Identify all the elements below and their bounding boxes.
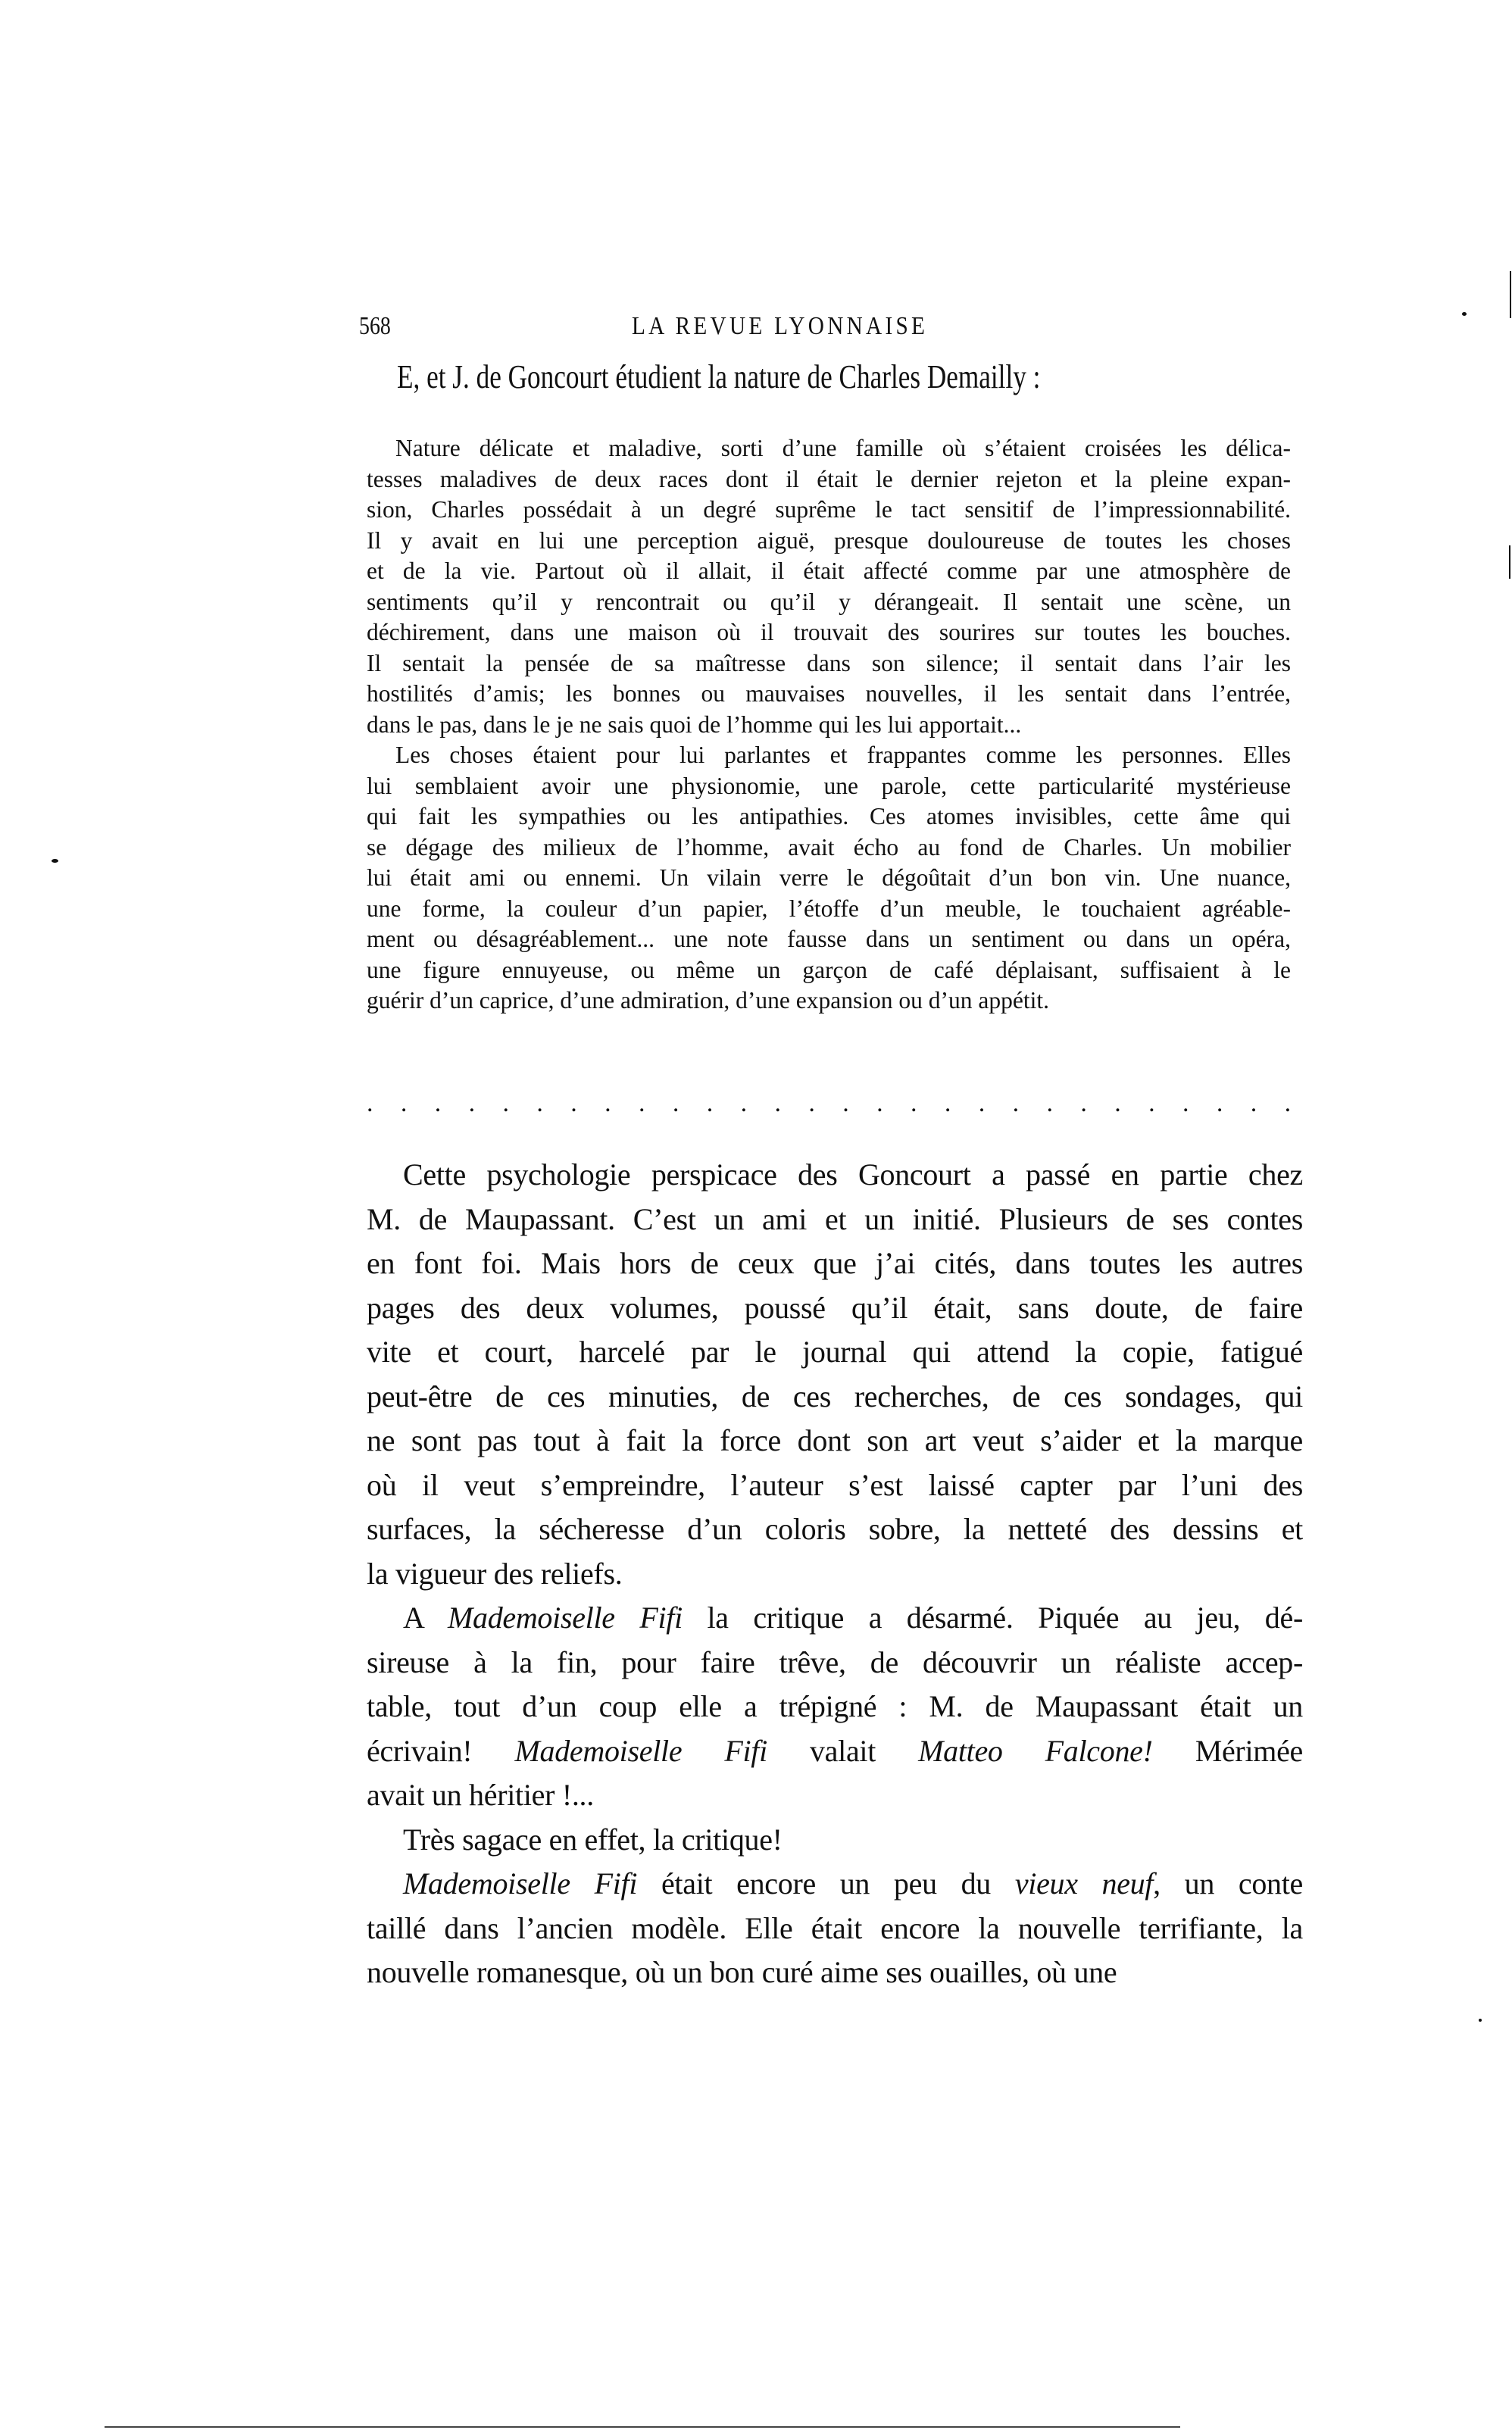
quote-line: lui semblaient avoir une physionomie, un… bbox=[367, 771, 1291, 802]
text-run: écrivain! bbox=[367, 1734, 515, 1768]
leader-dot: . bbox=[911, 1091, 917, 1117]
leader-dot: . bbox=[673, 1091, 679, 1117]
leader-dot: . bbox=[979, 1091, 985, 1117]
italic-title: Mademoiselle Fifi bbox=[403, 1866, 637, 1901]
body-line: surfaces, la sécheresse d’un coloris sob… bbox=[367, 1507, 1303, 1552]
ellipsis-dot-leader: ............................ bbox=[367, 1091, 1291, 1117]
leader-dot: . bbox=[1013, 1091, 1019, 1117]
quote-line: sion, Charles possédait à un degré suprê… bbox=[367, 495, 1291, 526]
text-run: en font foi. Mais hors de ceux que j’ai … bbox=[367, 1246, 1303, 1280]
leader-dot: . bbox=[1251, 1091, 1257, 1117]
body-line: Cette psychologie perspicace des Goncour… bbox=[367, 1153, 1303, 1198]
text-run: la vigueur des reliefs. bbox=[367, 1557, 622, 1591]
quote-line: ment ou désagréablement... une note faus… bbox=[367, 924, 1291, 955]
leader-dot: . bbox=[639, 1091, 645, 1117]
text-run: Mérimée bbox=[1153, 1734, 1303, 1768]
text-run: Cette psychologie perspicace des Goncour… bbox=[403, 1157, 1303, 1192]
quote-line: Nature délicate et maladive, sorti d’une… bbox=[367, 433, 1291, 464]
text-run: M. de Maupassant. C’est un ami et un ini… bbox=[367, 1202, 1303, 1236]
text-run: était encore un peu du bbox=[637, 1866, 1015, 1901]
body-paragraph: Cette psychologie perspicace des Goncour… bbox=[367, 1153, 1303, 1596]
leader-dot: . bbox=[1182, 1091, 1189, 1117]
quote-line: Les choses étaient pour lui parlantes et… bbox=[367, 740, 1291, 771]
quote-line: déchirement, dans une maison où il trouv… bbox=[367, 617, 1291, 648]
leader-dot: . bbox=[604, 1091, 611, 1117]
quote-line: tesses maladives de deux races dont il é… bbox=[367, 464, 1291, 495]
block-quotation: Nature délicate et maladive, sorti d’une… bbox=[367, 433, 1291, 1017]
leader-dot: . bbox=[503, 1091, 509, 1117]
leader-dot: . bbox=[401, 1091, 407, 1117]
text-run: table, tout d’un coup elle a trépigné : … bbox=[367, 1689, 1303, 1723]
text-run: , un conte bbox=[1153, 1866, 1303, 1901]
text-run: peut-être de ces minuties, de ces recher… bbox=[367, 1379, 1303, 1413]
italic-title: Mademoiselle Fifi bbox=[448, 1601, 683, 1635]
scan-speck bbox=[1479, 2019, 1482, 2022]
leader-dot: . bbox=[367, 1091, 373, 1117]
body-line: en font foi. Mais hors de ceux que j’ai … bbox=[367, 1242, 1303, 1286]
body-line: sireuse à la fin, pour faire trêve, de d… bbox=[367, 1641, 1303, 1685]
text-run: la critique a désarmé. Piquée au jeu, dé… bbox=[683, 1601, 1303, 1635]
body-paragraph: Mademoiselle Fifi était encore un peu du… bbox=[367, 1862, 1303, 1995]
quote-introduction: E, et J. de Goncourt étudient la nature … bbox=[397, 358, 1040, 396]
quote-paragraph: Nature délicate et maladive, sorti d’une… bbox=[367, 433, 1291, 740]
quote-line: une forme, la couleur d’un papier, l’éto… bbox=[367, 894, 1291, 925]
body-line: avait un héritier !... bbox=[367, 1773, 1303, 1818]
italic-title: Matteo Falcone! bbox=[918, 1734, 1153, 1768]
body-line: ne sont pas tout à fait la force dont so… bbox=[367, 1419, 1303, 1463]
leader-dot: . bbox=[842, 1091, 848, 1117]
quote-line: une figure ennuyeuse, ou même un garçon … bbox=[367, 955, 1291, 986]
quote-line: dans le pas, dans le je ne sais quoi de … bbox=[367, 710, 1291, 741]
scanned-page: 568 LA REVUE LYONNAISE E, et J. de Gonco… bbox=[0, 0, 1512, 2430]
quote-line: sentiments qu’il y rencontrait ou qu’il … bbox=[367, 587, 1291, 618]
leader-dot: . bbox=[570, 1091, 576, 1117]
body-paragraph: Très sagace en effet, la critique! bbox=[367, 1818, 1303, 1863]
italic-title: vieux neuf bbox=[1015, 1866, 1153, 1901]
leader-dot: . bbox=[1285, 1091, 1291, 1117]
body-line: peut-être de ces minuties, de ces recher… bbox=[367, 1375, 1303, 1420]
text-run: Très sagace en effet, la critique! bbox=[403, 1822, 783, 1857]
quote-paragraph: Les choses étaient pour lui parlantes et… bbox=[367, 740, 1291, 1017]
text-run: pages des deux volumes, poussé qu’il éta… bbox=[367, 1291, 1303, 1325]
page-edge-mark bbox=[1510, 271, 1511, 318]
leader-dot: . bbox=[536, 1091, 542, 1117]
body-line: Très sagace en effet, la critique! bbox=[367, 1818, 1303, 1863]
text-run: surfaces, la sécheresse d’un coloris sob… bbox=[367, 1512, 1303, 1546]
leader-dot: . bbox=[808, 1091, 814, 1117]
quote-line: Il sentait la pensée de sa maîtresse dan… bbox=[367, 648, 1291, 679]
scan-speck bbox=[1462, 312, 1467, 316]
running-head: 568 LA REVUE LYONNAISE bbox=[359, 312, 1298, 345]
body-line: pages des deux volumes, poussé qu’il éta… bbox=[367, 1286, 1303, 1331]
italic-title: Mademoiselle Fifi bbox=[515, 1734, 767, 1768]
quote-line: et de la vie. Partout où il allait, il é… bbox=[367, 556, 1291, 587]
leader-dot: . bbox=[741, 1091, 747, 1117]
body-paragraph: A Mademoiselle Fifi la critique a désarm… bbox=[367, 1596, 1303, 1818]
quote-line: lui était ami ou ennemi. Un vilain verre… bbox=[367, 863, 1291, 894]
body-line: M. de Maupassant. C’est un ami et un ini… bbox=[367, 1198, 1303, 1242]
leader-dot: . bbox=[1148, 1091, 1154, 1117]
body-line: Mademoiselle Fifi était encore un peu du… bbox=[367, 1862, 1303, 1907]
page-number: 568 bbox=[359, 312, 391, 341]
body-line: où il veut s’empreindre, l’auteur s’est … bbox=[367, 1463, 1303, 1508]
leader-dot: . bbox=[876, 1091, 883, 1117]
text-run: vite et court, harcelé par le journal qu… bbox=[367, 1335, 1303, 1369]
text-run: nouvelle romanesque, où un bon curé aime… bbox=[367, 1955, 1117, 1989]
body-line: taillé dans l’ancien modèle. Elle était … bbox=[367, 1907, 1303, 1951]
text-run: avait un héritier !... bbox=[367, 1778, 594, 1812]
text-run: A bbox=[403, 1601, 448, 1635]
quote-line: hostilités d’amis; les bonnes ou mauvais… bbox=[367, 679, 1291, 710]
leader-dot: . bbox=[435, 1091, 441, 1117]
leader-dot: . bbox=[707, 1091, 713, 1117]
text-run: valait bbox=[767, 1734, 918, 1768]
body-line: vite et court, harcelé par le journal qu… bbox=[367, 1330, 1303, 1375]
leader-dot: . bbox=[1047, 1091, 1053, 1117]
quote-line: se dégage des milieux de l’homme, avait … bbox=[367, 832, 1291, 864]
leader-dot: . bbox=[775, 1091, 781, 1117]
text-run: ne sont pas tout à fait la force dont so… bbox=[367, 1423, 1303, 1457]
text-run: où il veut s’empreindre, l’auteur s’est … bbox=[367, 1468, 1303, 1502]
body-line: la vigueur des reliefs. bbox=[367, 1552, 1303, 1597]
body-line: écrivain! Mademoiselle Fifi valait Matte… bbox=[367, 1729, 1303, 1774]
leader-dot: . bbox=[1080, 1091, 1086, 1117]
leader-dot: . bbox=[945, 1091, 951, 1117]
leader-dot: . bbox=[469, 1091, 475, 1117]
body-line: nouvelle romanesque, où un bon curé aime… bbox=[367, 1951, 1303, 1995]
body-line: table, tout d’un coup elle a trépigné : … bbox=[367, 1685, 1303, 1729]
leader-dot: . bbox=[1114, 1091, 1120, 1117]
leader-dot: . bbox=[1217, 1091, 1223, 1117]
quote-line: guérir d’un caprice, d’une admiration, d… bbox=[367, 985, 1291, 1017]
journal-title: LA REVUE LYONNAISE bbox=[632, 312, 928, 341]
quote-line: Il y avait en lui une perception aiguë, … bbox=[367, 526, 1291, 557]
scan-speck bbox=[52, 859, 58, 863]
bottom-edge-rule bbox=[105, 2426, 1180, 2428]
body-text: Cette psychologie perspicace des Goncour… bbox=[367, 1153, 1303, 1995]
text-run: taillé dans l’ancien modèle. Elle était … bbox=[367, 1911, 1303, 1945]
text-run: sireuse à la fin, pour faire trêve, de d… bbox=[367, 1645, 1303, 1679]
body-line: A Mademoiselle Fifi la critique a désarm… bbox=[367, 1596, 1303, 1641]
page-edge-mark bbox=[1509, 545, 1510, 579]
quote-line: qui fait les sympathies ou les antipathi… bbox=[367, 801, 1291, 832]
